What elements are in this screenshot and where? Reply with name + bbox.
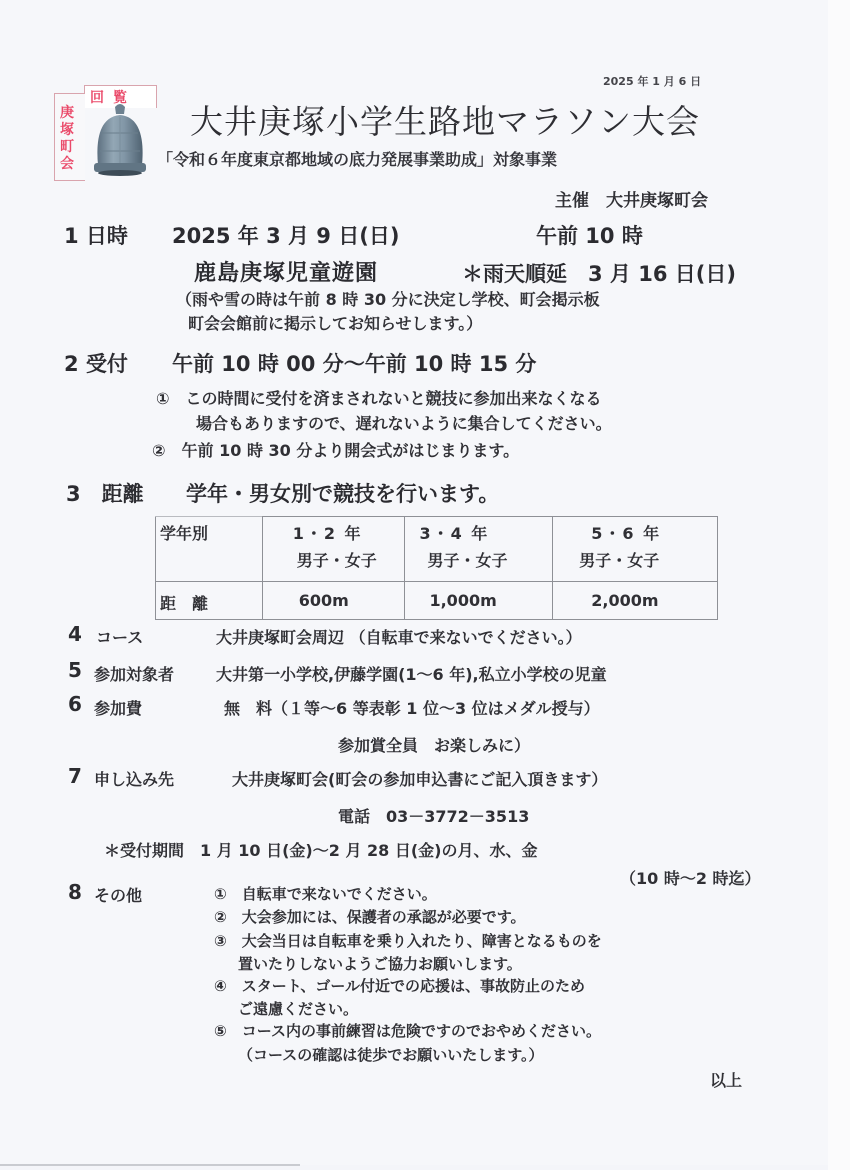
distance-cell: 2,000m: [553, 582, 718, 620]
rain-date: ＊雨天順延 3 月 16 日(日): [462, 258, 736, 288]
sex-label: 男子・女子: [263, 544, 405, 571]
issue-date: 2025 年 1 月 6 日: [603, 73, 701, 89]
page-title: 大井庚塚小学生路地マラソン大会: [190, 96, 700, 143]
distance-header-cell: 距 離: [156, 582, 263, 620]
table-header-row: 学年別 1・2 年 男子・女子 3・4 年 男子・女子 5・6 年 男子・女子: [156, 517, 718, 582]
application-period: ＊受付期間 1 月 10 日(金)～2 月 28 日(金)の月、水、金: [104, 838, 537, 861]
fee-text-2: 参加賞全員 お楽しみに）: [338, 733, 530, 756]
eligibility-text: 大井第一小学校,伊藤学園(1～6 年),私立小学校の児童: [216, 662, 607, 685]
table-row: 距 離 600m 1,000m 2,000m: [156, 582, 718, 620]
distance-row-label: 距 離: [160, 594, 208, 613]
other-item-4-line-1: ④ スタート、ゴール付近での応援は、事故防止のため: [214, 975, 585, 996]
scan-bottom-edge: [0, 1164, 300, 1166]
distance-value: 600m: [299, 591, 349, 610]
application-text: 大井庚塚町会(町会の参加申込書にご記入頂きます）: [232, 767, 607, 790]
other-item-3-line-1: ③ 大会当日は自転車を乗り入れたり、障害となるものを: [214, 930, 602, 951]
section-6-label: 参加費: [94, 696, 142, 719]
closing-text: 以上: [710, 1068, 742, 1091]
fee-text: 無 料（１等～6 等表彰 1 位～3 位はメダル授与）: [224, 696, 600, 719]
section-4-number: 4: [68, 622, 82, 646]
section-8-label: その他: [94, 883, 142, 906]
distance-cell: 1,000m: [405, 582, 553, 620]
section-8-number: 8: [68, 880, 82, 904]
other-item-5-line-2: （コースの確認は徒歩でお願いいたします。）: [238, 1044, 544, 1065]
phone-number: 電話 03－3772－3513: [338, 804, 529, 827]
reception-time: 午前 10 時 00 分～午前 10 時 15 分: [172, 348, 536, 378]
scan-edge: [828, 0, 850, 1170]
section-4-label: コース: [96, 625, 143, 648]
section-7-number: 7: [68, 764, 82, 788]
reception-note-2: ② 午前 10 時 30 分より開会式がはじまります。: [152, 438, 519, 461]
grade-label: 1・2 年: [263, 517, 405, 544]
event-date: 2025 年 3 月 9 日(日): [172, 220, 399, 250]
grade-cell: 5・6 年 男子・女子: [553, 517, 718, 582]
kairan-logo: 回覧 庚塚町会: [54, 85, 158, 180]
section-3-text: 学年・男女別で競技を行います。: [186, 478, 499, 508]
section-6-number: 6: [68, 692, 82, 716]
application-hours: （10 時～2 時迄）: [620, 866, 761, 889]
other-item-4-line-2: ご遠慮ください。: [238, 998, 358, 1019]
weather-note-line-2: 町会会館前に掲示してお知らせします。）: [188, 311, 482, 334]
event-venue: 鹿島庚塚児童遊園: [194, 256, 378, 287]
other-item-3-line-2: 置いたりしないようご協力お願いします。: [238, 953, 522, 974]
grade-label: 5・6 年: [553, 517, 717, 544]
section-2-label: 2 受付: [64, 348, 128, 378]
other-item-1: ① 自転車で来ないでください。: [214, 883, 437, 904]
distance-value: 1,000m: [429, 591, 496, 610]
distance-value: 2,000m: [591, 591, 658, 610]
other-item-2: ② 大会参加には、保護者の承認が必要です。: [214, 906, 526, 927]
grade-cell: 3・4 年 男子・女子: [405, 517, 553, 582]
other-item-5-line-1: ⑤ コース内の事前練習は危険ですのでおやめください。: [214, 1020, 601, 1041]
section-1-label: 1 日時: [64, 220, 128, 250]
section-7-label: 申し込み先: [94, 767, 174, 790]
section-5-label: 参加対象者: [94, 662, 174, 685]
sex-label: 男子・女子: [405, 544, 552, 571]
section-3-label: 3 距離: [66, 478, 144, 508]
bell-icon: [88, 103, 152, 179]
reception-note-1-line-1: ① この時間に受付を済まされないと競技に参加出来なくなる: [156, 386, 602, 409]
grade-header-cell: 学年別: [156, 517, 263, 582]
sex-label: 男子・女子: [553, 544, 717, 571]
weather-note-line-1: （雨や雪の時は午前 8 時 30 分に決定し学校、町会掲示板: [176, 287, 600, 310]
grade-header-label: 学年別: [160, 524, 208, 543]
event-time: 午前 10 時: [536, 220, 643, 250]
distance-cell: 600m: [262, 582, 405, 620]
grade-label: 3・4 年: [405, 517, 552, 544]
subtitle: 「令和６年度東京都地域の底力発展事業助成」対象事業: [157, 147, 557, 170]
reception-note-1-line-2: 場合もありますので、遅れないように集合してください。: [196, 411, 612, 434]
course-text: 大井庚塚町会周辺 （自転車で来ないでください。）: [216, 625, 582, 648]
distance-table: 学年別 1・2 年 男子・女子 3・4 年 男子・女子 5・6 年 男子・女子 …: [155, 516, 718, 620]
grade-cell: 1・2 年 男子・女子: [262, 517, 405, 582]
logo-town-text: 庚塚町会: [60, 105, 78, 173]
organizer: 主催 大井庚塚町会: [555, 186, 708, 211]
section-5-number: 5: [68, 658, 82, 682]
